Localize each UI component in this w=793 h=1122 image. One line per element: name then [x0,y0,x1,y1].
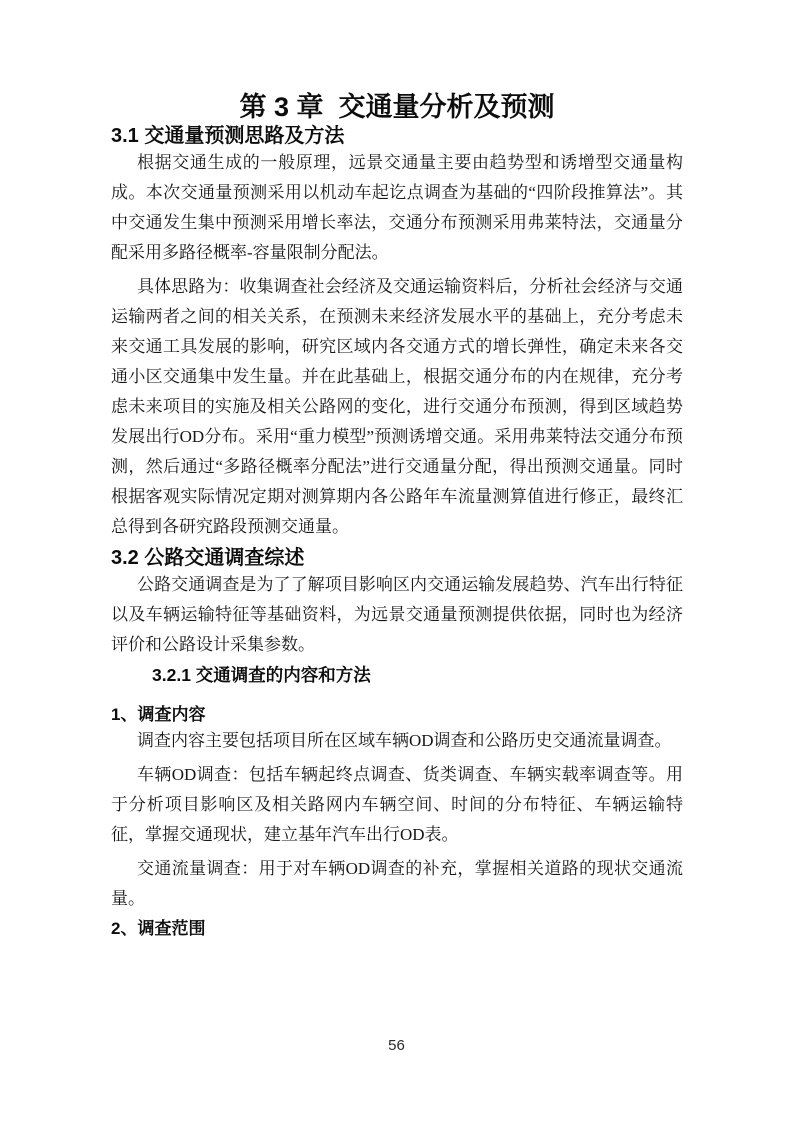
survey-content-paragraph-2: 车辆OD调查：包括车辆起终点调查、货类调查、车辆实载率调查等。用于分析项目影响区… [111,760,683,850]
chapter-title: 第 3 章 交通量分析及预测 [111,90,683,124]
section-3-2-intro-paragraph: 公路交通调查是为了了解项目影响区内交通运输发展趋势、汽车出行特征以及车辆运输特征… [111,570,683,660]
survey-content-item-heading: 1、调查内容 [111,704,683,726]
page-number: 56 [0,1037,793,1054]
survey-scope-item-heading: 2、调查范围 [111,918,683,940]
section-3-1-heading: 3.1 交通量预测思路及方法 [111,124,683,148]
document-page: 第 3 章 交通量分析及预测 3.1 交通量预测思路及方法 根据交通生成的一般原… [0,0,793,1122]
section-3-1-paragraph-1: 根据交通生成的一般原理，远景交通量主要由趋势型和诱增型交通量构成。本次交通量预测… [111,148,683,268]
subsection-3-2-1-heading: 3.2.1 交通调查的内容和方法 [152,664,683,686]
survey-content-paragraph-1: 调查内容主要包括项目所在区域车辆OD调查和公路历史交通流量调查。 [111,726,683,756]
section-3-2-heading: 3.2 公路交通调查综述 [111,546,683,570]
survey-content-paragraph-3: 交通流量调查：用于对车辆OD调查的补充，掌握相关道路的现状交通流量。 [111,854,683,914]
section-3-1-paragraph-2: 具体思路为：收集调查社会经济及交通运输资料后，分析社会经济与交通运输两者之间的相… [111,272,683,542]
